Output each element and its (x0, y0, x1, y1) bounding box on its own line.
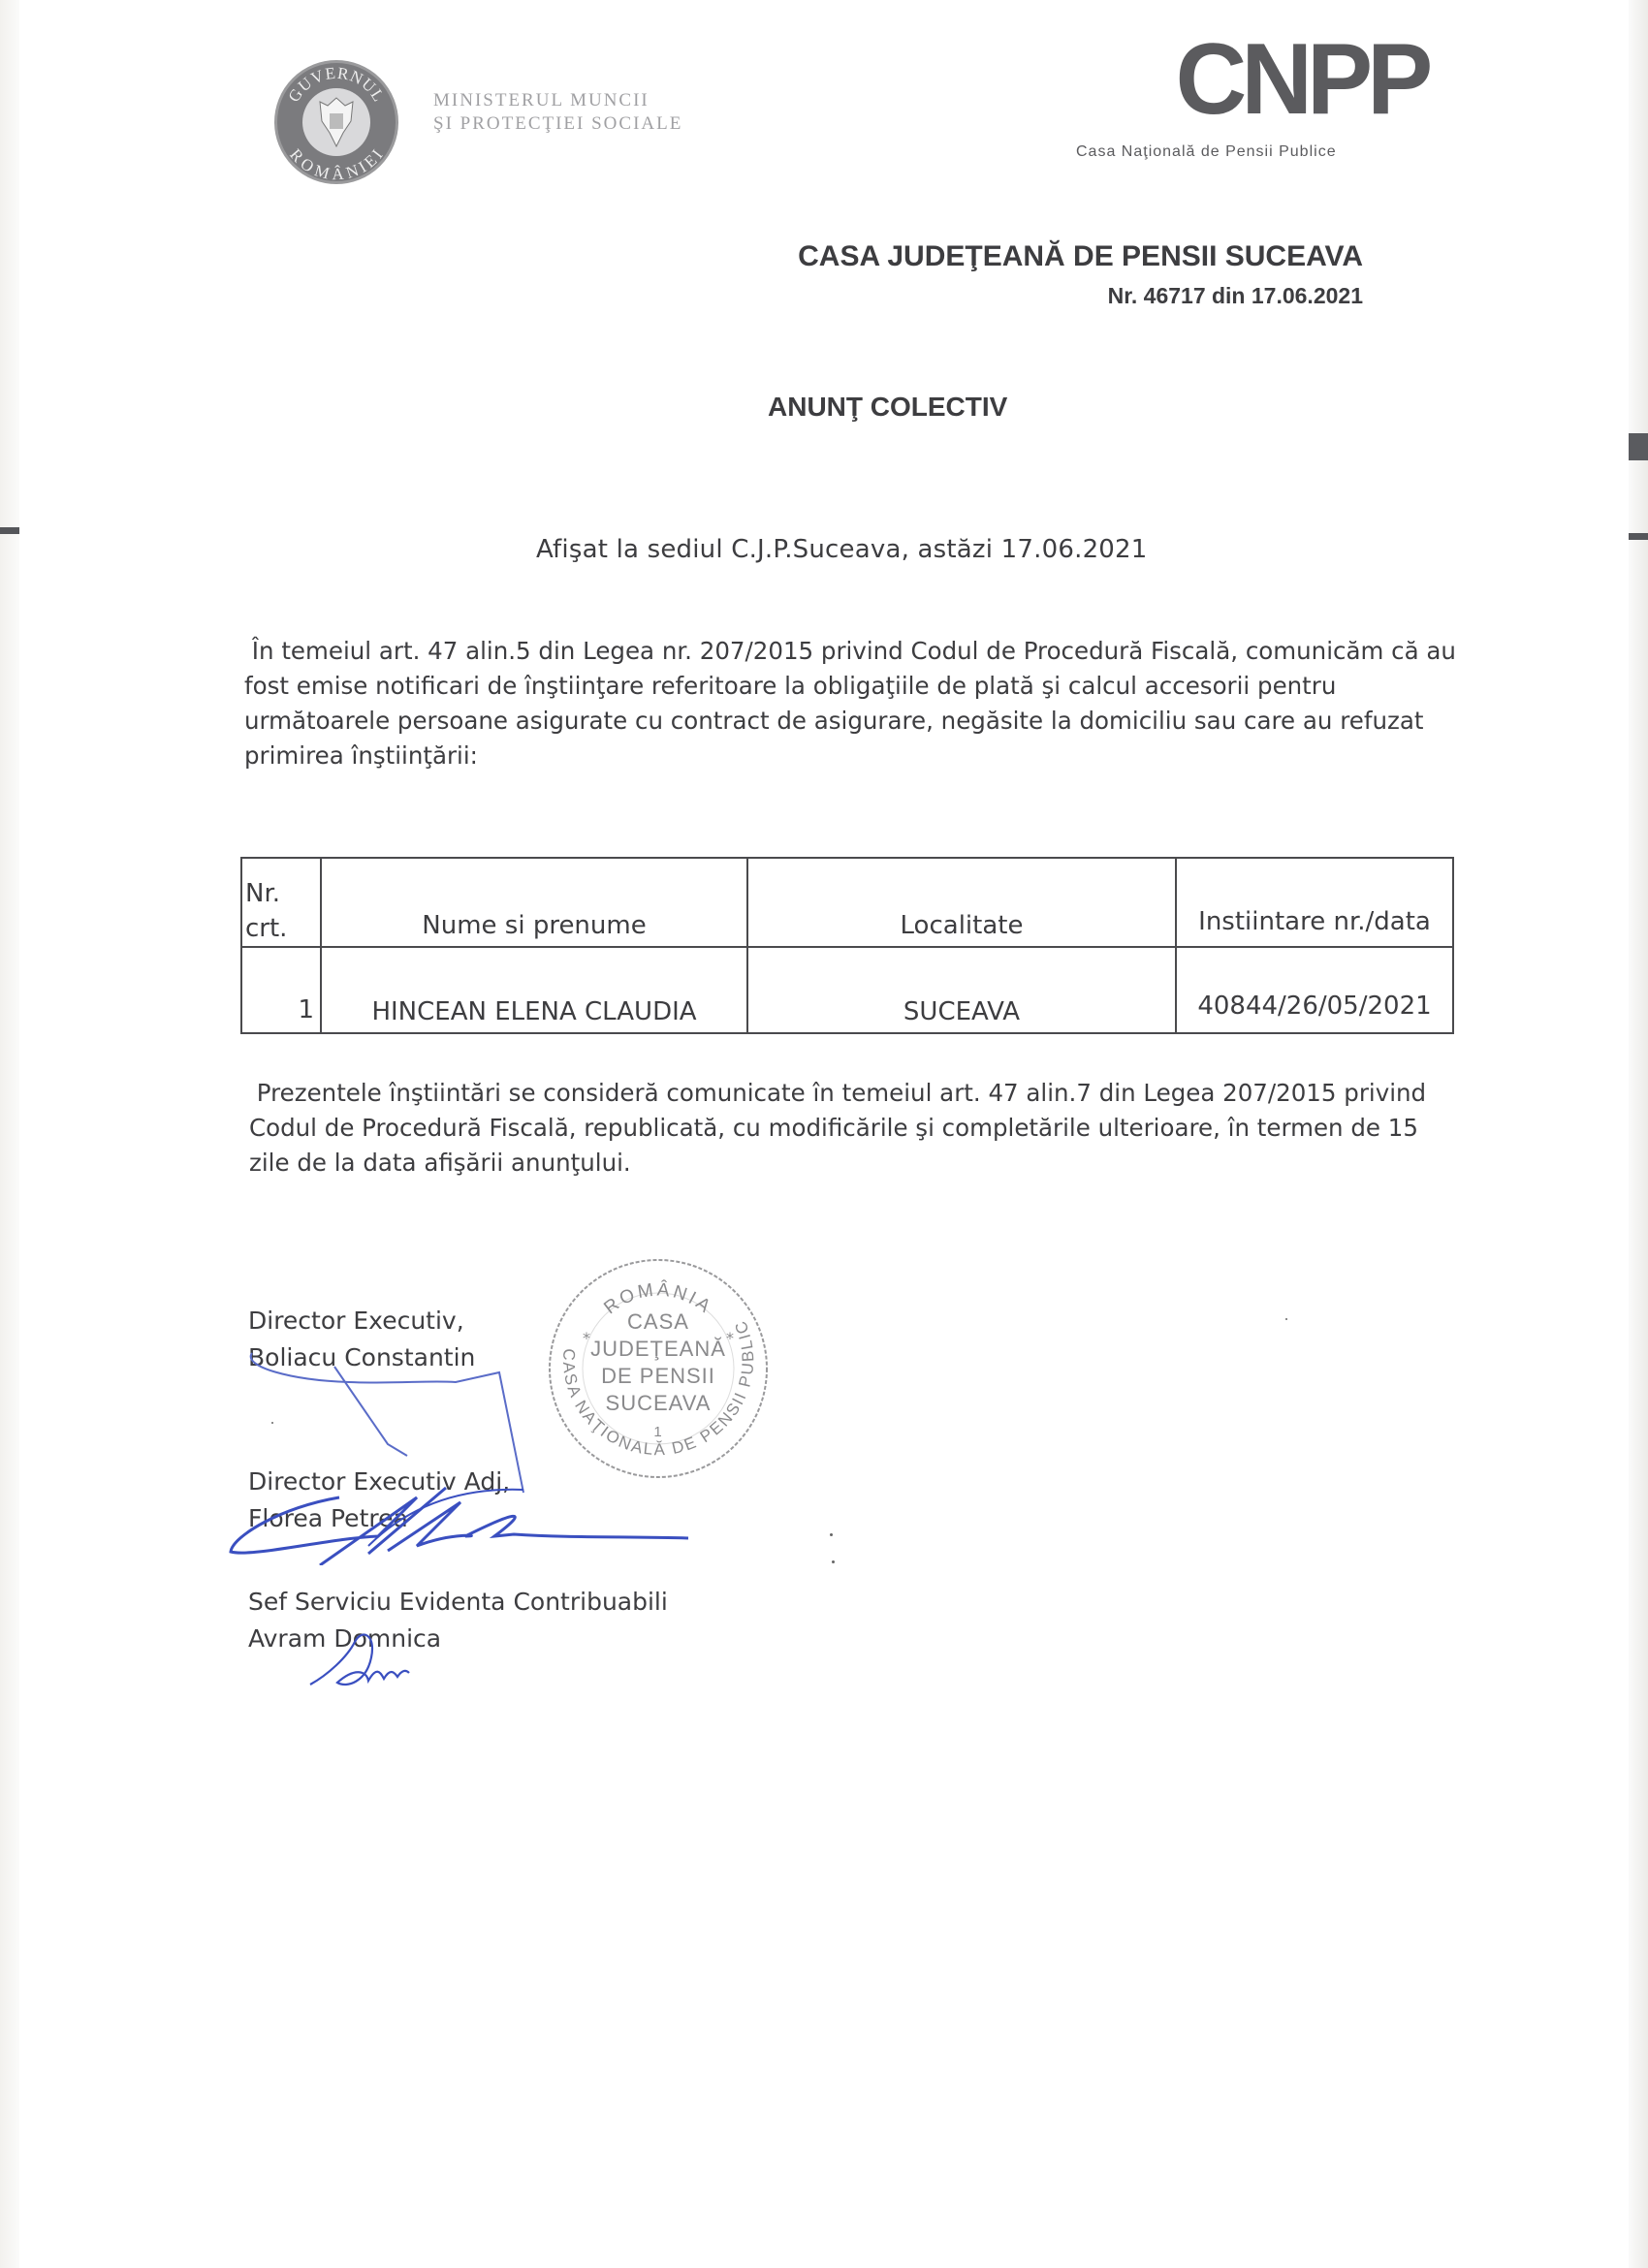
table-row: 1 HINCEAN ELENA CLAUDIA SUCEAVA 40844/26… (241, 947, 1453, 1033)
stamp-line: CASA (544, 1308, 773, 1336)
closing-line: Codul de Procedură Fiscală, republicată,… (249, 1111, 1456, 1146)
signature-service-head-icon (308, 1628, 425, 1696)
closing-line: Prezentele înştiintări se consideră comu… (249, 1076, 1456, 1111)
scan-speck (271, 1422, 273, 1424)
scan-speck (1285, 1318, 1287, 1320)
institution-name: CASA JUDEŢEANĂ DE PENSII SUCEAVA (798, 240, 1363, 273)
scan-mark (1629, 533, 1648, 540)
signatory-title: Director Executiv, (248, 1303, 475, 1339)
posted-notice: Afişat la sediul C.J.P.Suceava, astăzi 1… (536, 535, 1148, 564)
intro-line: următoarele persoane asigurate cu contra… (244, 704, 1451, 739)
intro-paragraph: În temeiul art. 47 alin.5 din Legea nr. … (244, 634, 1451, 773)
header-nr-line2: crt. (245, 911, 320, 946)
government-seal-logo: GUVERNUL ROMÂNIEI (274, 60, 398, 184)
signatory-title: Sef Serviciu Evidenta Contribuabili (248, 1584, 668, 1621)
scan-edge-right (1629, 0, 1648, 2268)
cell-nr: 1 (241, 947, 321, 1033)
ministry-name: MINISTERUL MUNCII ŞI PROTECŢIEI SOCIALE (433, 89, 682, 136)
official-stamp: ROMÂNIA CASA NAŢIONALĂ DE PENSII PUBLICE… (544, 1254, 773, 1483)
cnpp-subtitle: Casa Naţională de Pensii Publice (1076, 143, 1337, 161)
header-name: Nume si prenume (321, 858, 747, 947)
svg-text:ROMÂNIEI: ROMÂNIEI (286, 145, 387, 181)
scan-mark (0, 527, 19, 534)
stamp-line: JUDEŢEANĂ (544, 1336, 773, 1363)
intro-line: primirea înştiinţării: (244, 739, 1451, 773)
scan-mark (1629, 433, 1648, 460)
intro-line: fost emise notificari de înştiinţare ref… (244, 669, 1451, 704)
table-header-row: Nr. crt. Nume si prenume Localitate Inst… (241, 858, 1453, 947)
cell-notice: 40844/26/05/2021 (1176, 947, 1453, 1033)
document-title: ANUNŢ COLECTIV (768, 392, 1007, 423)
eagle-crest-icon: GUVERNUL ROMÂNIEI (277, 63, 396, 181)
notice-table: Nr. crt. Nume si prenume Localitate Inst… (240, 857, 1454, 1034)
header-nr-crt: Nr. crt. (241, 858, 321, 947)
cnpp-logo: CNPP (1176, 29, 1428, 130)
cell-name: HINCEAN ELENA CLAUDIA (321, 947, 747, 1033)
stamp-line: SUCEAVA (544, 1390, 773, 1417)
cell-locality: SUCEAVA (747, 947, 1176, 1033)
stamp-line: 1 (544, 1419, 773, 1446)
closing-line: zile de la data afişării anunţului. (249, 1146, 1456, 1181)
ministry-line-2: ŞI PROTECŢIEI SOCIALE (433, 112, 682, 136)
intro-line: În temeiul art. 47 alin.5 din Legea nr. … (244, 634, 1451, 669)
document-reference: Nr. 46717 din 17.06.2021 (1108, 283, 1363, 309)
ministry-line-1: MINISTERUL MUNCII (433, 89, 682, 112)
closing-paragraph: Prezentele înştiintări se consideră comu… (249, 1076, 1456, 1181)
header-locality: Localitate (747, 858, 1176, 947)
signature-deputy-director-icon (223, 1478, 698, 1565)
scan-speck (832, 1560, 835, 1563)
stamp-line: DE PENSII (544, 1363, 773, 1390)
scan-edge-left (0, 0, 19, 2268)
header-nr-line1: Nr. (245, 876, 320, 911)
scan-speck (830, 1533, 833, 1536)
header-notice: Instiintare nr./data (1176, 858, 1453, 947)
